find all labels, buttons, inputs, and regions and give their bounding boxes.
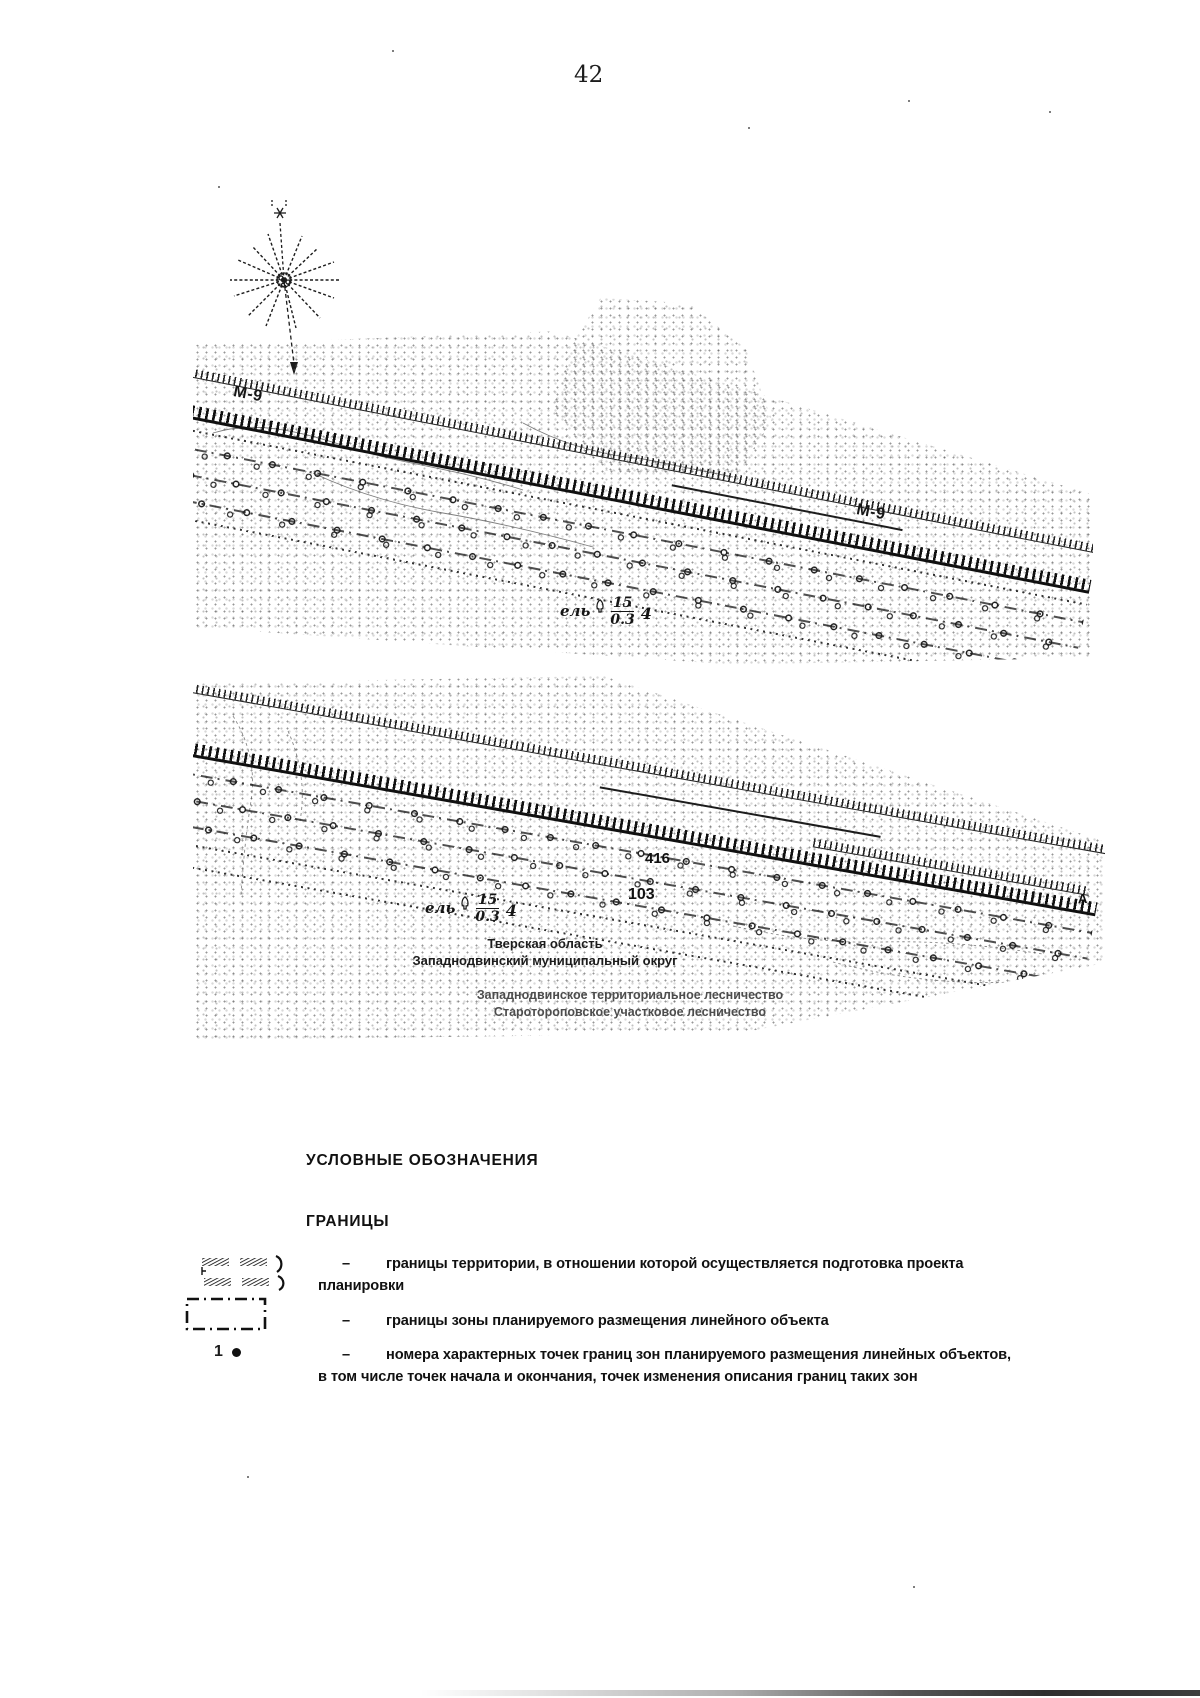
taxation-fraction: 15 0.3 xyxy=(475,893,499,926)
point-number-example: 1 xyxy=(214,1343,223,1361)
point-number-103: 103 xyxy=(628,886,655,904)
scan-speck xyxy=(1049,111,1051,113)
legend-item-label: границы территории, в отношении которой … xyxy=(318,1256,963,1294)
legend-item-points: –номера характерных точек границ зон пла… xyxy=(318,1345,1023,1388)
scan-speck xyxy=(392,50,394,52)
species-label: ель xyxy=(560,602,590,620)
road-label-a: А xyxy=(1078,891,1087,906)
legend-item-label: границы зоны планируемого размещения лин… xyxy=(386,1313,829,1329)
forestry-line2: Старотороповское участковое лесничество xyxy=(440,1004,820,1021)
legend-section-granitsy: ГРАНИЦЫ xyxy=(306,1213,389,1231)
region-label: Тверская область Западнодвинский муницип… xyxy=(380,935,710,969)
scan-speck xyxy=(247,1476,249,1478)
forestry-label: Западнодвинское территориальное лесничес… xyxy=(440,987,820,1021)
fraction-top: 15 xyxy=(476,893,499,909)
scan-speck xyxy=(218,186,220,188)
territory-boundary-symbol xyxy=(200,1253,292,1297)
legend-item-label: номера характерных точек границ зон план… xyxy=(318,1347,1011,1385)
forest-taxation-label-upper: ель 15 0.3 4 xyxy=(560,596,652,629)
point-dot-icon xyxy=(232,1348,241,1357)
region-line1: Тверская область xyxy=(380,935,710,952)
species-label: ель xyxy=(425,899,455,917)
legend-title: УСЛОВНЫЕ ОБОЗНАЧЕНИЯ xyxy=(306,1152,538,1170)
point-number-416: 416 xyxy=(645,850,670,867)
spruce-icon xyxy=(594,599,606,616)
legend-item-territory: –границы территории, в отношении которой… xyxy=(318,1254,1023,1297)
scan-speck xyxy=(913,1586,915,1588)
legend-dash: – xyxy=(318,1311,386,1333)
taxation-fraction: 15 0.3 xyxy=(610,596,634,629)
spruce-icon xyxy=(459,896,471,913)
linear-object-zone-symbol xyxy=(185,1296,269,1334)
scan-speck xyxy=(908,100,910,102)
fraction-top: 15 xyxy=(611,596,634,612)
legend-dash: – xyxy=(318,1345,386,1367)
taxation-value: 4 xyxy=(506,901,517,920)
scan-artifact-bar xyxy=(420,1690,1200,1696)
scan-speck xyxy=(748,127,750,129)
forest-taxation-label-lower: ель 15 0.3 4 xyxy=(425,893,517,926)
legend-dash: – xyxy=(318,1254,386,1276)
taxation-value: 4 xyxy=(641,604,652,623)
legend-item-zone: –границы зоны планируемого размещения ли… xyxy=(318,1311,1023,1333)
point-number-symbol: 1 xyxy=(214,1343,241,1361)
fraction-bottom: 0.3 xyxy=(610,612,634,628)
document-page: 42 xyxy=(0,0,1200,1698)
forestry-line1: Западнодвинское территориальное лесничес… xyxy=(440,987,820,1004)
page-number: 42 xyxy=(574,62,603,88)
region-line2: Западнодвинский муниципальный округ xyxy=(380,952,710,969)
fraction-bottom: 0.3 xyxy=(475,909,499,925)
